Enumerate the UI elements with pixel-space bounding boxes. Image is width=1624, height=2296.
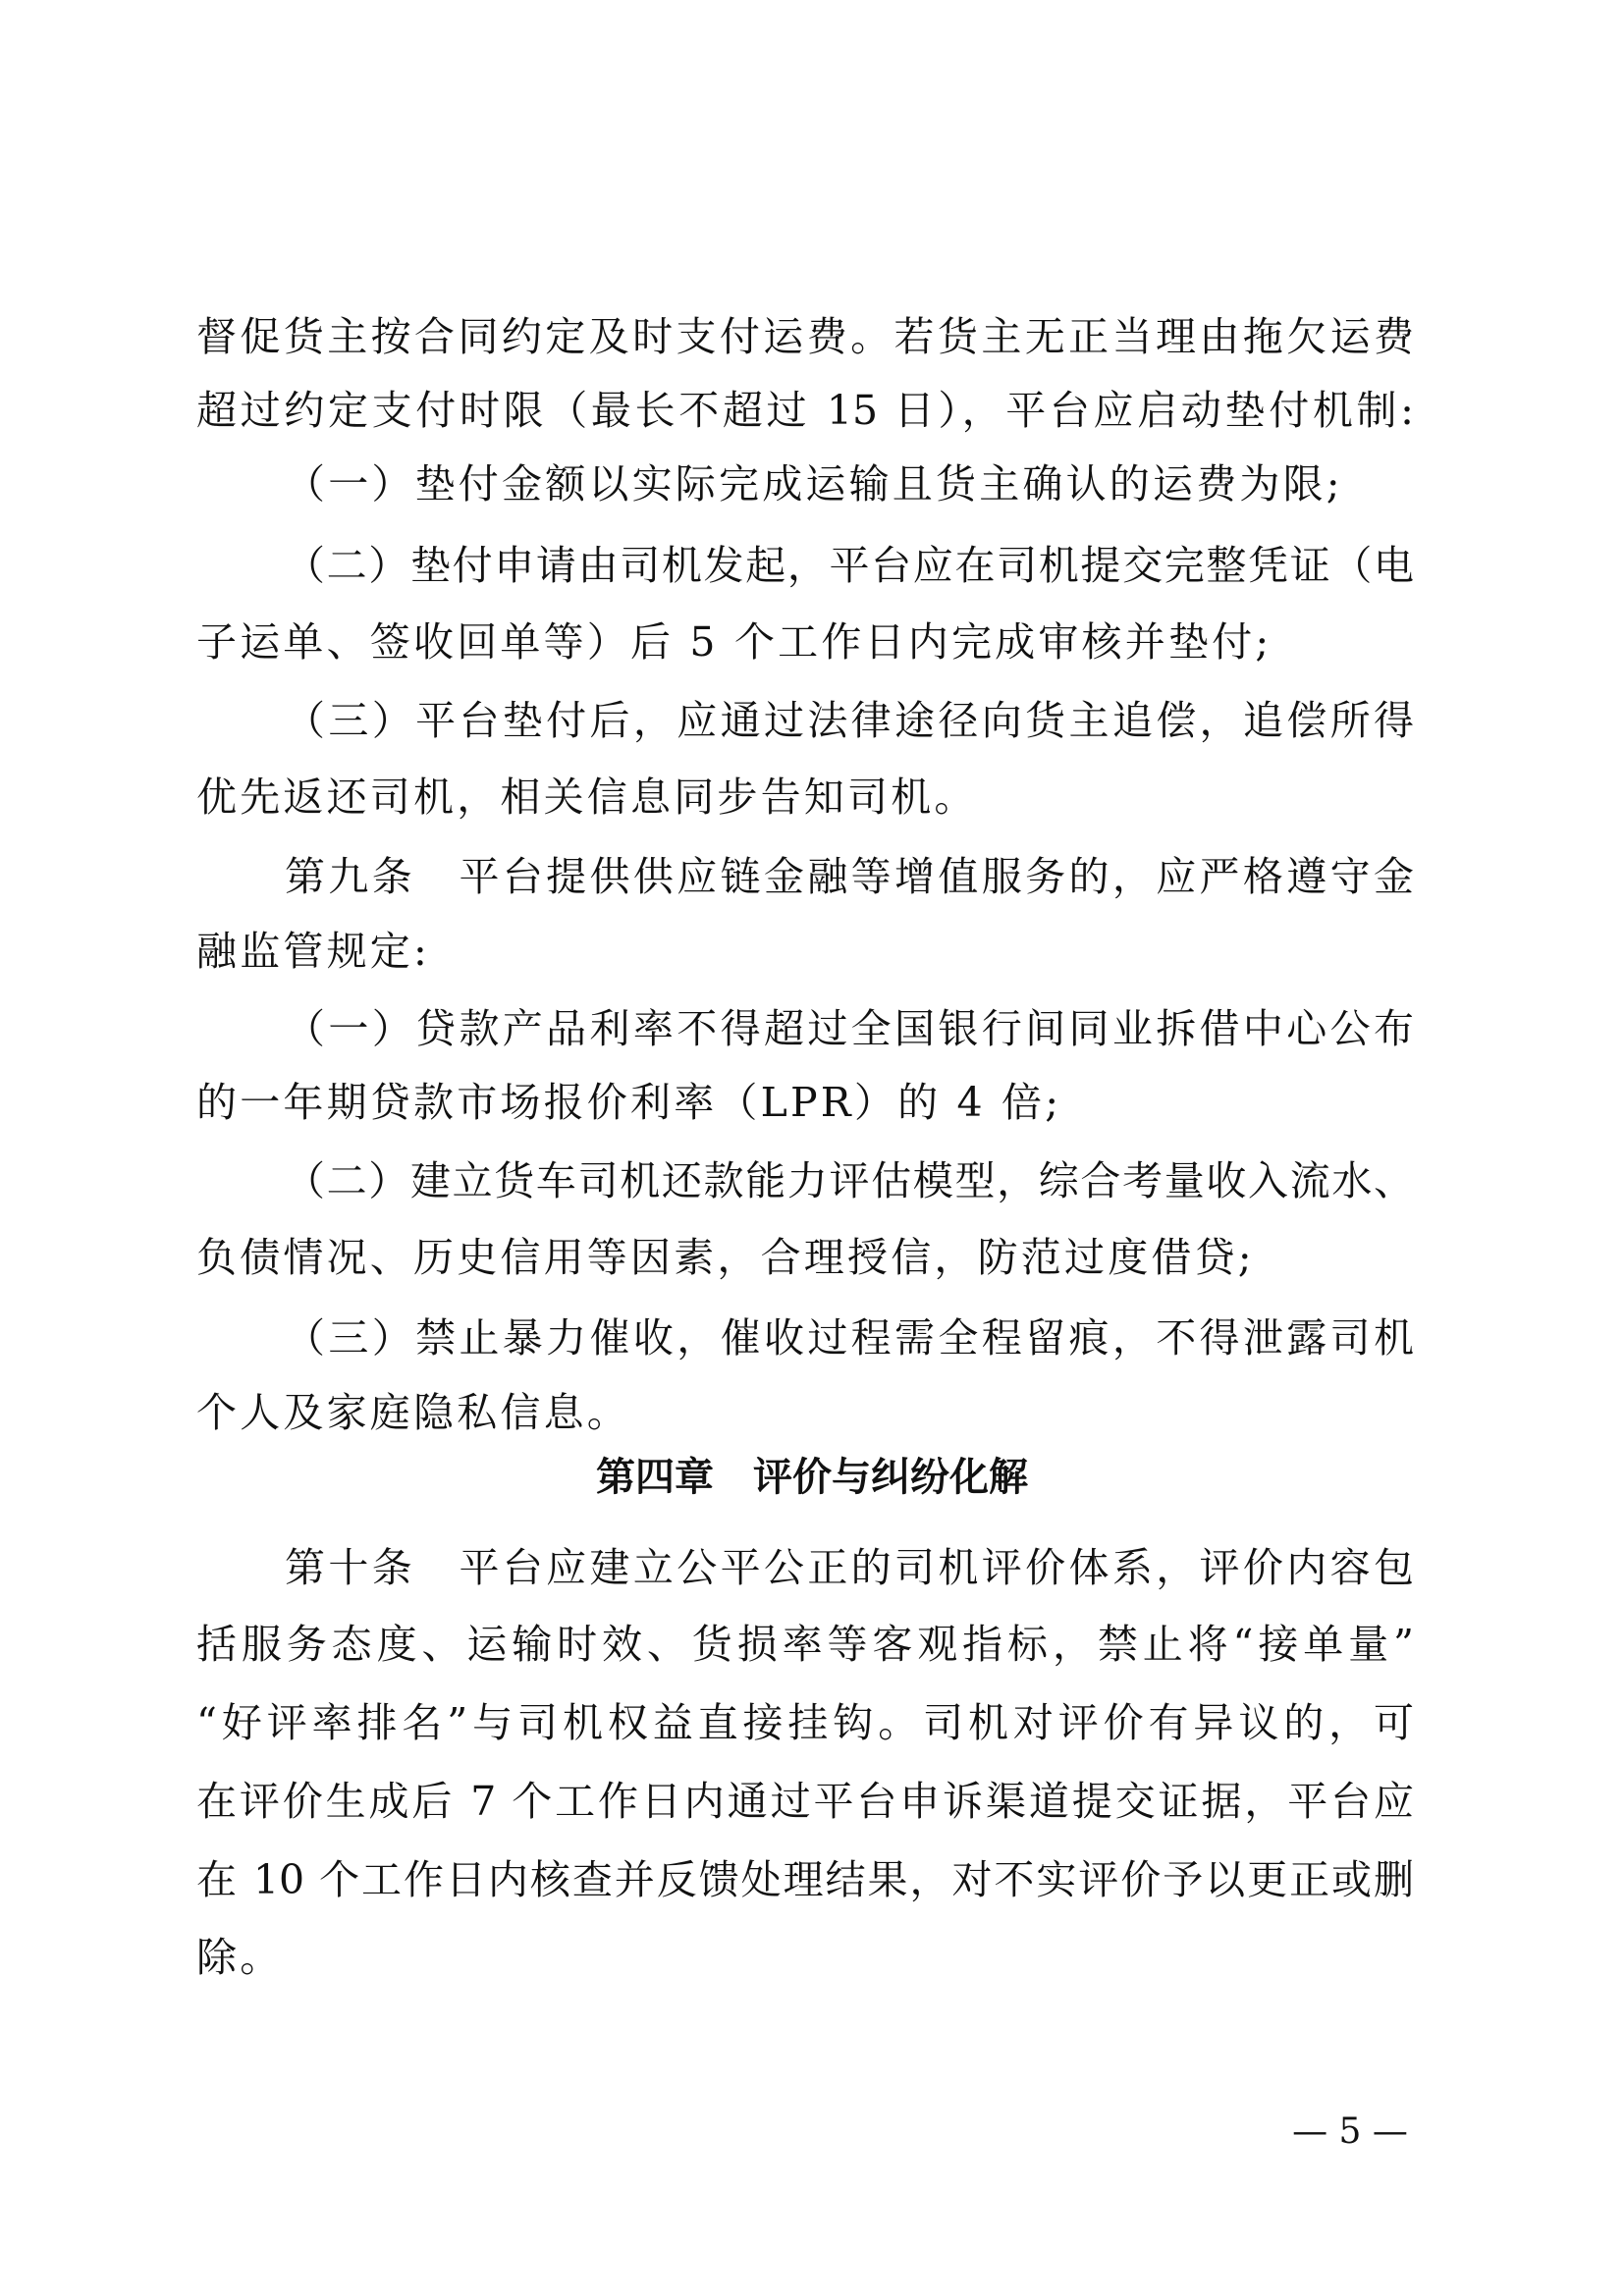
paragraph-line: 督促货主按合同约定及时支付运费。若货主无正当理由拖欠运费: [196, 298, 1414, 376]
list-item-line: （二）建立货车司机还款能力评估模型，综合考量收入流水、: [285, 1143, 1414, 1220]
paragraph-line: 子运单、签收回单等）后 5 个工作日内完成审核并垫付;: [196, 604, 1414, 681]
paragraph-line: 融监管规定:: [196, 913, 1414, 990]
paragraph-line: 除。: [196, 1919, 1414, 1997]
list-item-line: （一）贷款产品利率不得超过全国银行间同业拆借中心公布: [285, 990, 1414, 1068]
article-line: 第九条 平台提供供应链金融等增值服务的，应严格遵守金: [285, 838, 1414, 916]
paragraph-line: 负债情况、历史信用等因素，合理授信，防范过度借贷;: [196, 1219, 1414, 1297]
list-item-line: （三）平台垫付后，应通过法律途径向货主追偿，追偿所得: [285, 682, 1414, 760]
paragraph-line: 在评价生成后 7 个工作日内通过平台申诉渠道提交证据，平台应: [196, 1763, 1414, 1841]
article-line: 第十条 平台应建立公平公正的司机评价体系，评价内容包: [285, 1529, 1414, 1607]
paragraph-line: 的一年期贷款市场报价利率（LPR）的 4 倍;: [196, 1064, 1414, 1142]
paragraph-line: 括服务态度、运输时效、货损率等客观指标，禁止将“接单量”: [196, 1606, 1414, 1683]
list-item-line: （二）垫付申请由司机发起，平台应在司机提交完整凭证（电: [285, 527, 1414, 605]
document-page: 督促货主按合同约定及时支付运费。若货主无正当理由拖欠运费 超过约定支付时限（最长…: [0, 0, 1624, 2296]
paragraph-line: “好评率排名”与司机权益直接挂钩。司机对评价有异议的，可: [196, 1684, 1414, 1762]
chapter-heading: 第四章 评价与纠纷化解: [0, 1439, 1624, 1517]
paragraph-line: 优先返还司机，相关信息同步告知司机。: [196, 759, 1414, 836]
paragraph-line: 在 10 个工作日内核查并反馈处理结果，对不实评价予以更正或删: [196, 1842, 1414, 1919]
page-number: — 5 —: [1276, 2109, 1424, 2156]
paragraph-line: 超过约定支付时限（最长不超过 15 日），平台应启动垫付机制:: [196, 372, 1414, 450]
list-item-line: （三）禁止暴力催收，催收过程需全程留痕，不得泄露司机: [285, 1300, 1414, 1377]
list-item-line: （一）垫付金额以实际完成运输且货主确认的运费为限;: [285, 446, 1414, 523]
